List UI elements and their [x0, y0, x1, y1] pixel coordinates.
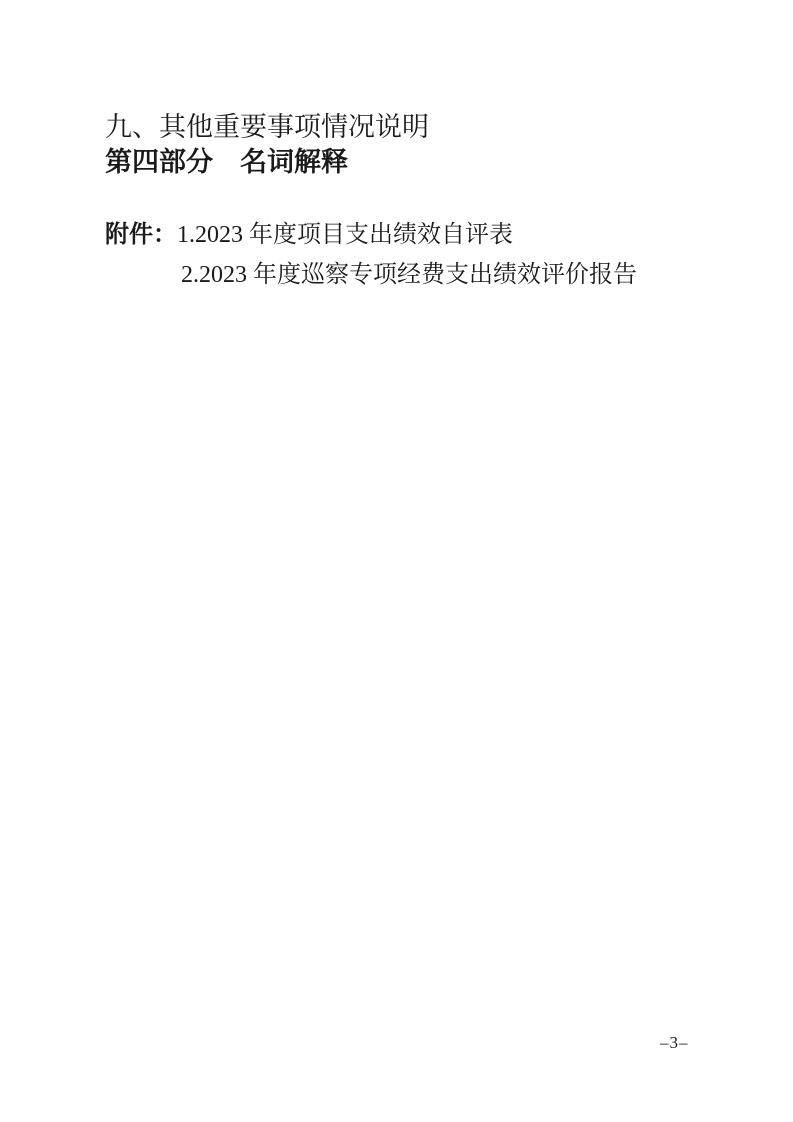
toc-line-other-matters: 九、其他重要事项情况说明 [105, 112, 429, 143]
attachment-line-1: 附件：1.2023 年度项目支出绩效自评表 [105, 222, 513, 250]
part-four-heading: 第四部分 名词解释 [105, 147, 348, 178]
page-number: –3– [660, 1033, 689, 1053]
attachment-item-2: 2.2023 年度巡察专项经费支出绩效评价报告 [181, 262, 637, 290]
attachment-item-1: 1.2023 年度项目支出绩效自评表 [177, 222, 513, 248]
attachment-label: 附件： [105, 222, 177, 248]
document-page: 九、其他重要事项情况说明 第四部分 名词解释 附件：1.2023 年度项目支出绩… [0, 0, 793, 1122]
